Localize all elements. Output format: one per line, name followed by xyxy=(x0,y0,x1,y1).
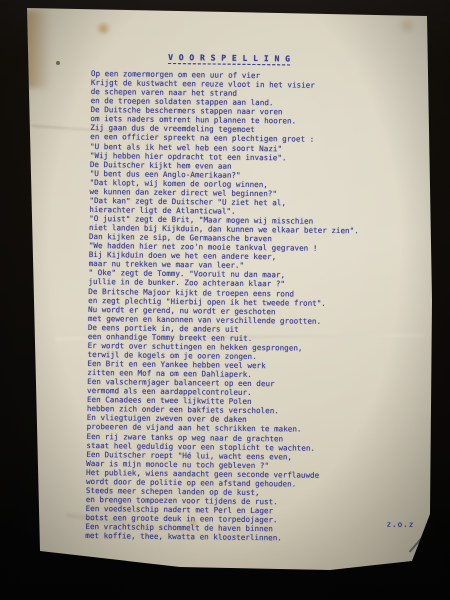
typewritten-text-layer: V O O R S P E L L I N G Op een zomermorg… xyxy=(0,0,450,600)
poem-body: Op een zomermorgen om een uur of vierKri… xyxy=(85,69,360,544)
document-title: V O O R S P E L L I N G xyxy=(168,53,290,63)
poem-line: met koffie, thee, kwatta en kloosterlinn… xyxy=(85,531,355,543)
photo-background: V O O R S P E L L I N G Op een zomermorg… xyxy=(0,0,450,600)
footer-note-zoz: z.o.z xyxy=(386,520,414,529)
